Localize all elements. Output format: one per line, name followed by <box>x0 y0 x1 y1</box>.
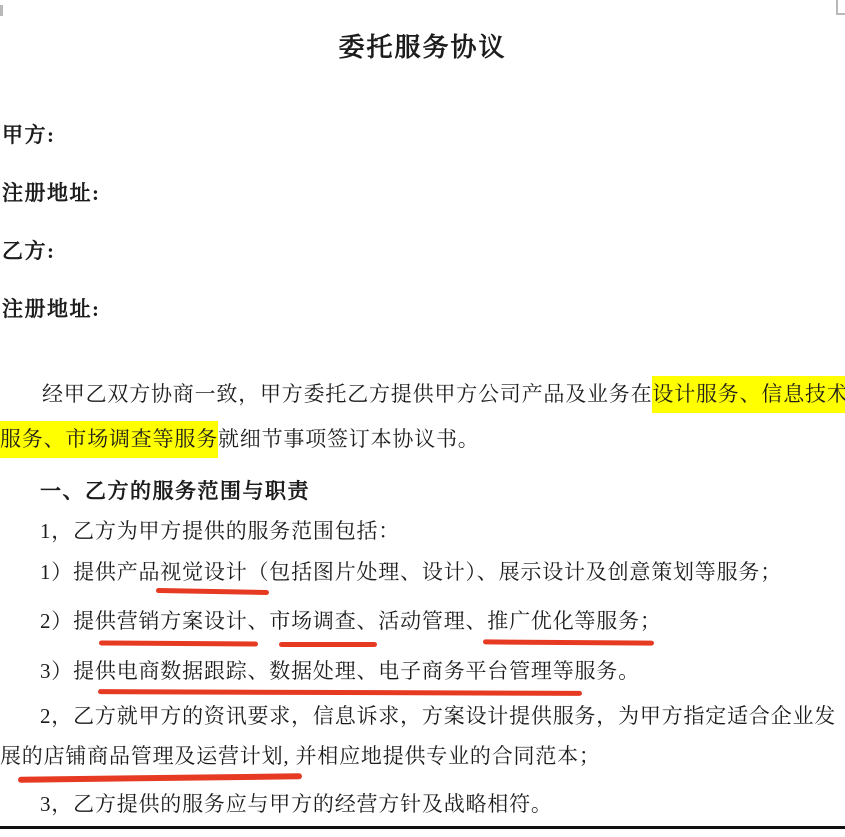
document-title: 委托服务协议 <box>0 27 845 64</box>
red-underline-ecommerce-services <box>98 689 582 696</box>
page-bottom-border <box>0 826 845 829</box>
intro-line-2: 服务、市场调查等服务就细节事项签订本协议书。 <box>0 427 480 452</box>
section-1-item-1-sub-3: 3）提供电商数据跟踪、数据处理、电子商务平台管理等服务。 <box>40 659 640 684</box>
red-underline-promotion-optimization <box>483 639 654 645</box>
red-underline-market-survey <box>279 642 377 647</box>
top-right-page-edge-vertical <box>836 0 838 14</box>
contract-document-page: 委托服务协议 甲方: 注册地址: 乙方: 注册地址: 经甲乙双方协商一致，甲方委… <box>0 0 845 837</box>
highlight-span-design-it: 设计服务、信息技术 <box>652 376 845 413</box>
section-1-item-3: 3，乙方提供的服务应与甲方的经营方针及战略相符。 <box>40 792 553 817</box>
red-underline-visual-design <box>156 588 269 595</box>
intro-line-1-text: 经甲乙双方协商一致，甲方委托乙方提供甲方公司产品及业务在 <box>42 382 652 406</box>
top-right-page-edge-horizontal <box>836 13 845 15</box>
red-underline-store-management-plan <box>18 773 302 782</box>
intro-line-2-text: 就细节事项签订本协议书。 <box>218 427 480 451</box>
party-a-label: 甲方: <box>2 119 56 149</box>
red-underline-marketing-plan-design <box>99 640 258 646</box>
party-b-label: 乙方: <box>2 235 56 265</box>
party-a-address-label: 注册地址: <box>2 177 101 207</box>
section-1-heading: 一、乙方的服务范围与职责 <box>40 479 310 504</box>
highlight-span-market-survey: 服务、市场调查等服务 <box>0 421 218 458</box>
party-b-address-label: 注册地址: <box>2 293 101 323</box>
section-1-item-1-sub-2: 2）提供营销方案设计、市场调查、活动管理、推广优化等服务； <box>40 609 662 634</box>
section-1-item-2-line-2: 展的店铺商品管理及运营计划, 并相应地提供专业的合同范本； <box>0 744 601 769</box>
section-1-item-1-sub-1: 1）提供产品视觉设计（包括图片处理、设计）、展示设计及创意策划等服务； <box>40 560 782 585</box>
section-1-item-2-line-1: 2，乙方就甲方的资讯要求，信息诉求，方案设计提供服务，为甲方指定适合企业发 <box>40 704 836 729</box>
top-left-page-edge <box>0 5 3 16</box>
section-1-item-1: 1，乙方为甲方提供的服务范围包括： <box>40 519 400 544</box>
intro-line-1: 经甲乙双方协商一致，甲方委托乙方提供甲方公司产品及业务在设计服务、信息技术 <box>42 382 845 407</box>
